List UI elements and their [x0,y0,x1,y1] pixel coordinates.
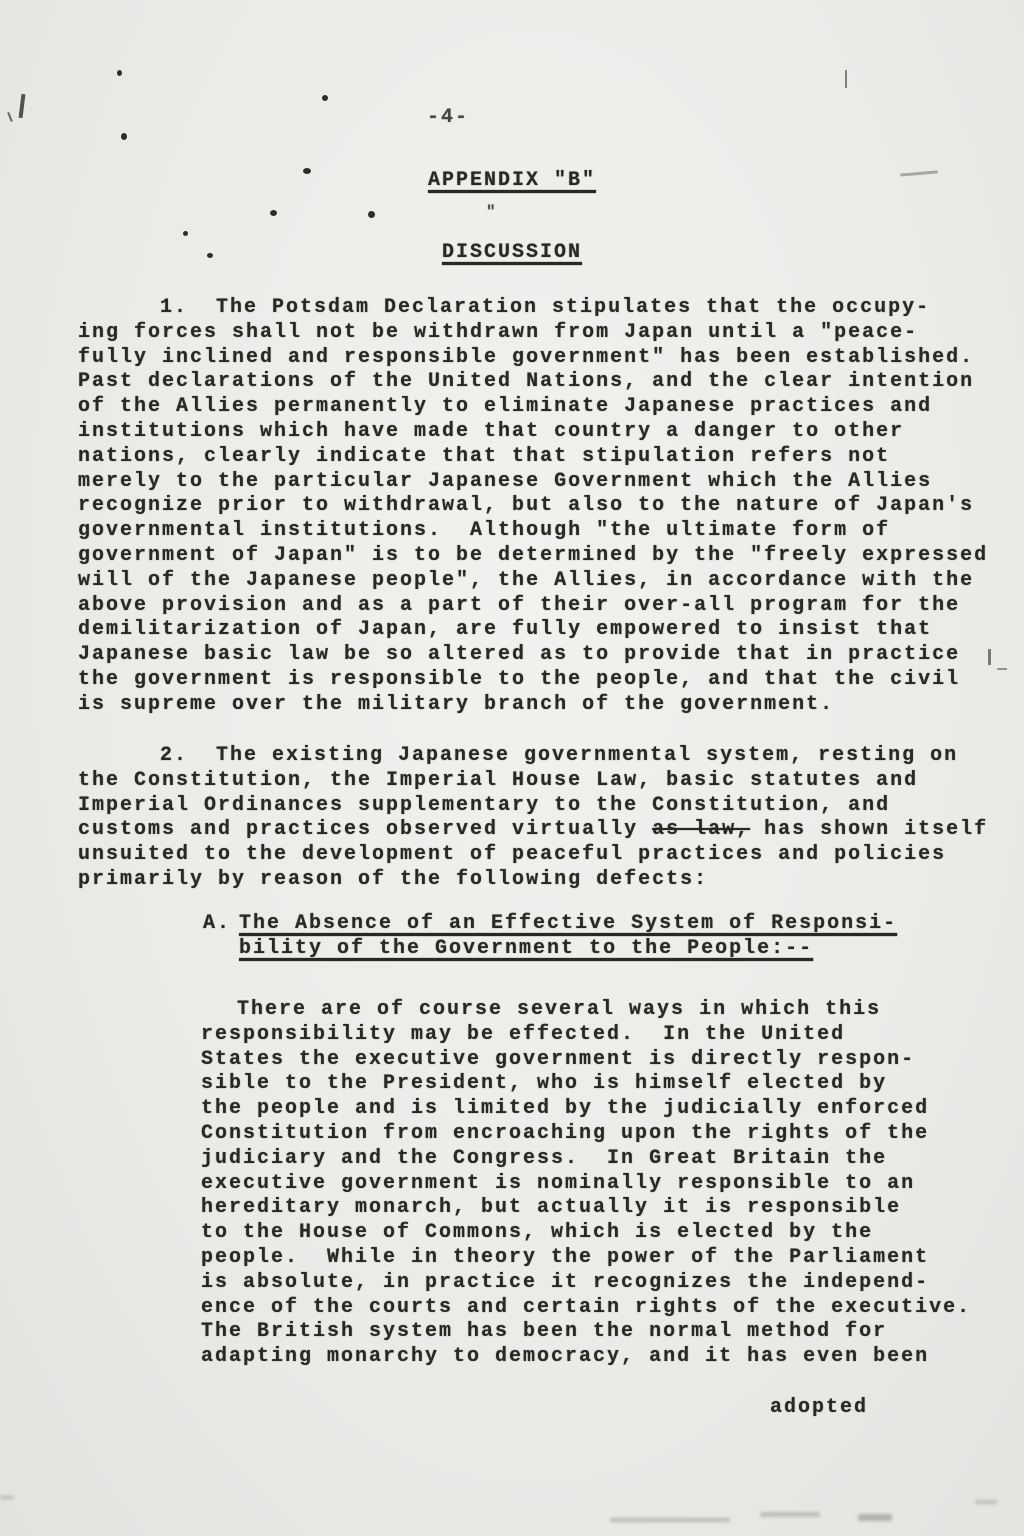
ink-speck [270,210,277,216]
ink-speck [117,70,122,76]
page-number: -4- [427,106,469,131]
stray-quote-mark: " [486,200,498,225]
discussion-heading-text: DISCUSSION [442,241,582,264]
margin-mark [19,94,26,118]
ink-speck [183,231,188,236]
catchword: adopted [770,1396,868,1421]
bottom-smudge [760,1512,820,1517]
appendix-heading-text: APPENDIX "B" [428,169,596,192]
paragraph-1: 1. The Potsdam Declaration stipulates th… [78,296,988,718]
ink-speck [368,211,375,218]
appendix-heading: APPENDIX "B" [0,169,1024,194]
ink-speck [303,168,311,174]
scanned-document-page: -4- APPENDIX "B" " DISCUSSION 1. The Pot… [0,0,1024,1536]
section-a-body: There are of course several ways in whic… [201,998,971,1370]
ink-speck [121,133,127,140]
bottom-smudge [610,1518,730,1522]
ink-speck [207,253,213,258]
margin-mark [988,649,991,665]
margin-mark [845,70,847,88]
paragraph-2: 2. The existing Japanese governmental sy… [78,744,988,893]
section-a-heading-row: A. The Absence of an Effective System of… [203,912,897,962]
section-a-heading: The Absence of an Effective System of Re… [239,912,897,962]
margin-mark [997,668,1007,670]
section-a-label: A. [203,912,231,937]
bottom-smudge [0,1496,14,1499]
bottom-smudge [858,1514,892,1521]
struck-text: as law, [652,818,750,841]
bottom-smudge [975,1500,997,1504]
margin-mark [7,112,13,122]
ink-speck [322,95,328,101]
discussion-heading: DISCUSSION [0,241,1024,266]
